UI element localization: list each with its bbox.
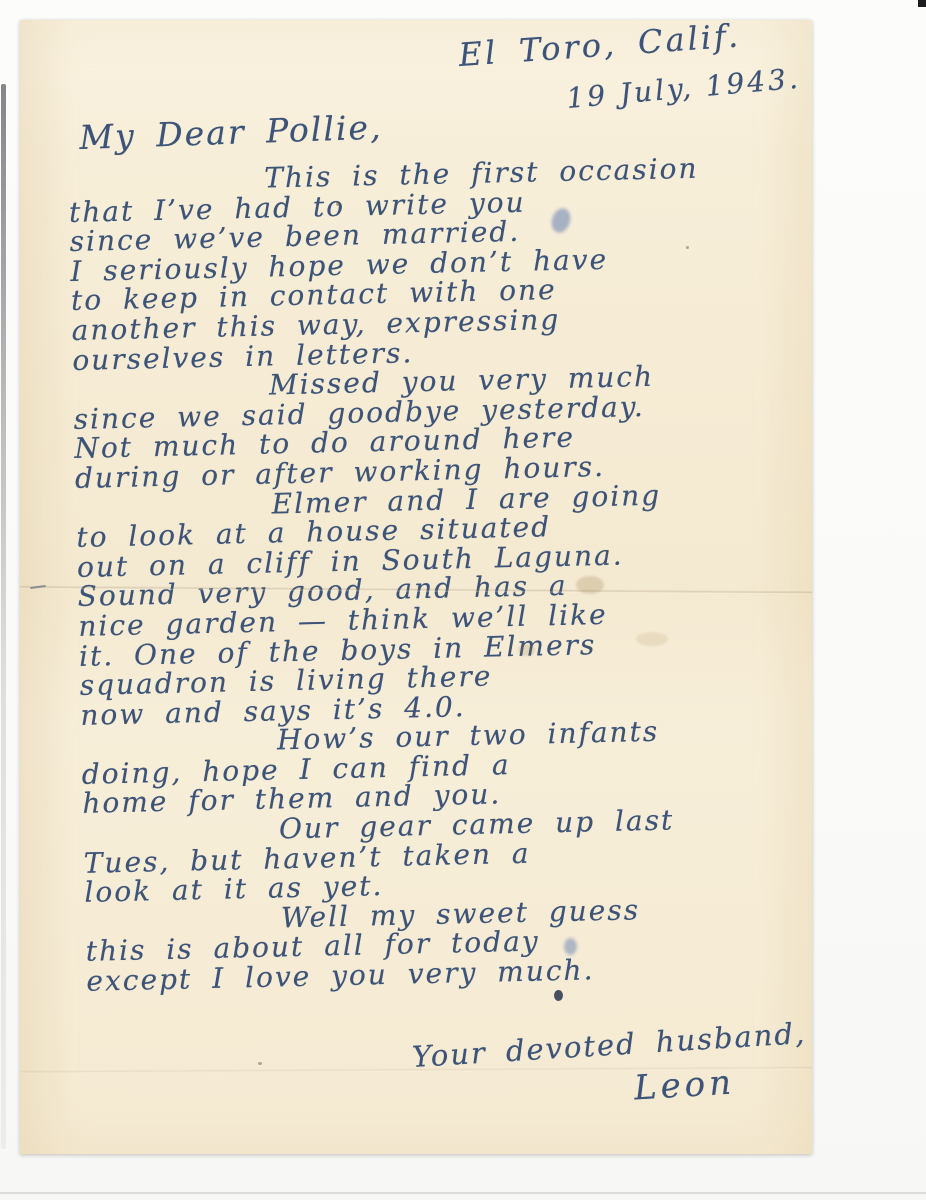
paragraph: Elmer and I are going to look at a house… <box>75 476 832 730</box>
paragraph: Missed you very much since we said goodb… <box>73 358 827 493</box>
speck <box>336 202 340 206</box>
scanned-letter: El Toro, Calif. 19 July, 1943. My Dear P… <box>0 0 926 1200</box>
ink-dot <box>554 990 563 1001</box>
heading-date: 19 July, 1943. <box>565 59 837 115</box>
scan-left-edge-shadow <box>1 84 6 1149</box>
paragraph: This is the first occasion that I’ve had… <box>68 151 825 375</box>
stain <box>576 576 604 594</box>
stain <box>636 632 668 646</box>
letter-body: This is the first occasion that I’ve had… <box>68 151 839 996</box>
letter-paper: El Toro, Calif. 19 July, 1943. My Dear P… <box>20 20 812 1154</box>
speck <box>258 1062 262 1065</box>
ink-smudge <box>564 938 577 955</box>
speck <box>686 246 689 249</box>
paragraph: Well my sweet guess this is about all fo… <box>85 891 839 997</box>
scan-corner-speck <box>918 0 926 7</box>
salutation: My Dear Pollie, <box>79 107 383 157</box>
stain <box>518 644 535 656</box>
scan-bottom-line <box>0 1192 926 1194</box>
paragraph: Our gear came up last Tues, but haven’t … <box>83 802 837 908</box>
